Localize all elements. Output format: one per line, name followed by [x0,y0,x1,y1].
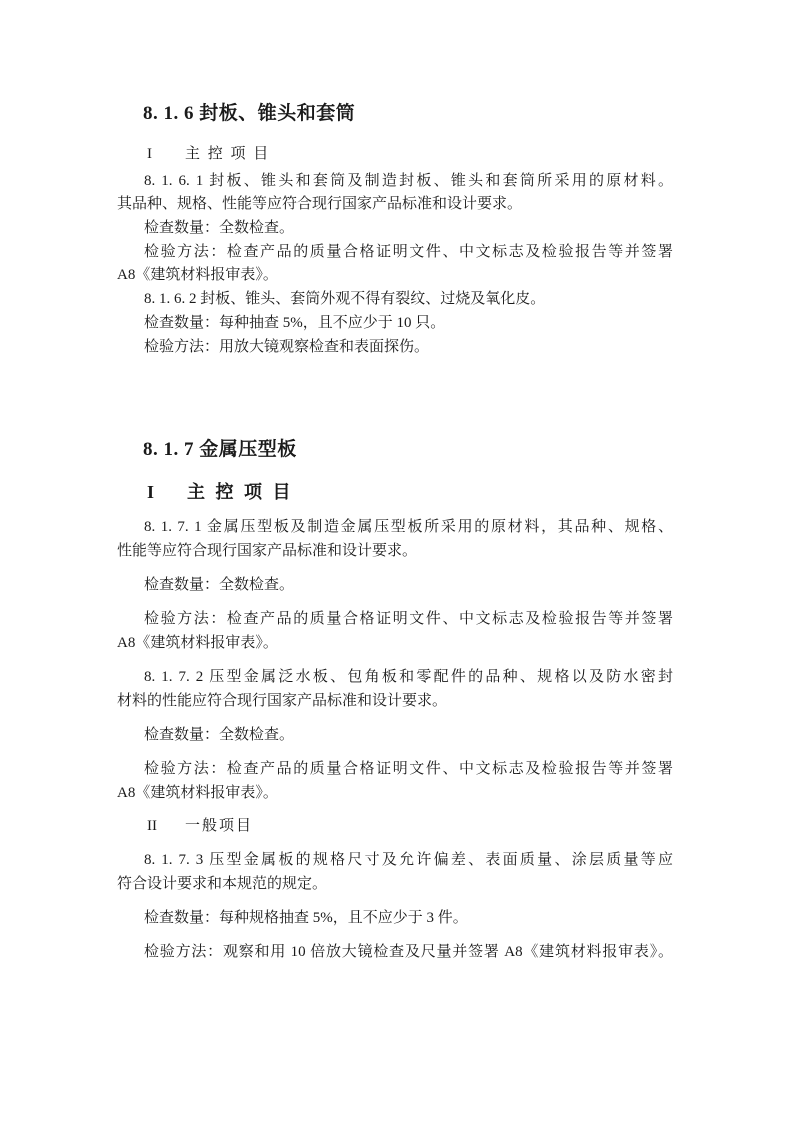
paragraph: 检查数量：全数检查。 [117,573,673,597]
category-numeral: I [147,479,159,505]
paragraph-line: 8. 1. 6. 2 封板、锥头、套筒外观不得有裂纹、过烧及氧化皮。 [117,288,673,311]
paragraph: 检查数量：全数检查。 [117,217,673,240]
paragraph: 检验方法：用放大镜观察检查和表面探伤。 [117,336,673,359]
category-title: 主 控 项 目 [185,146,270,162]
section: 8. 1. 6 封板、锥头和套筒I主 控 项 目8. 1. 6. 1 封板、锥头… [117,101,673,359]
category-numeral: I [147,143,159,166]
paragraph: 检查数量：每种抽查 5%，且不应少于 10 只。 [117,312,673,335]
paragraph-line: 检查数量：全数检查。 [117,723,673,747]
item-category-label: II一般项目 [117,815,673,838]
paragraph: 检查数量：全数检查。 [117,723,673,747]
paragraph-line: 8. 1. 6. 1 封板、锥头和套筒及制造封板、锥头和套筒所采用的原材料。 [117,170,673,193]
paragraph-line: 材料的性能应符合现行国家产品标准和设计要求。 [117,689,673,713]
section-heading: 8. 1. 6 封板、锥头和套筒 [143,101,673,127]
paragraph-line: 检验方法：检查产品的质量合格证明文件、中文标志及检验报告等并签署 [117,757,673,781]
document-content: 8. 1. 6 封板、锥头和套筒I主 控 项 目8. 1. 6. 1 封板、锥头… [117,0,673,974]
paragraph-line: 检验方法：检查产品的质量合格证明文件、中文标志及检验报告等并签署 [117,241,673,264]
paragraph-line: 8. 1. 7. 3 压型金属板的规格尺寸及允许偏差、表面质量、涂层质量等应 [117,848,673,872]
paragraph-line: 检验方法：检查产品的质量合格证明文件、中文标志及检验报告等并签署 [117,607,673,631]
section: 8. 1. 7 金属压型板I主 控 项 目8. 1. 7. 1 金属压型板及制造… [117,437,673,964]
paragraph: 检验方法：观察和用 10 倍放大镜检查及尺量并签署 A8《建筑材料报审表》。 [117,940,673,964]
item-category-label: I主 控 项 目 [117,479,673,505]
paragraph-line: 检查数量：全数检查。 [117,217,673,240]
paragraph-line: 检查数量：每种抽查 5%，且不应少于 10 只。 [117,312,673,335]
item-category-label: I主 控 项 目 [117,143,673,166]
paragraph-line: A8《建筑材料报审表》。 [117,631,673,655]
paragraph-line: 其品种、规格、性能等应符合现行国家产品标准和设计要求。 [117,193,673,216]
category-title: 一般项目 [185,818,253,834]
category-title: 主 控 项 目 [187,482,294,502]
paragraph: 检验方法：检查产品的质量合格证明文件、中文标志及检验报告等并签署A8《建筑材料报… [117,607,673,655]
paragraph: 8. 1. 6. 2 封板、锥头、套筒外观不得有裂纹、过烧及氧化皮。 [117,288,673,311]
paragraph-line: 性能等应符合现行国家产品标准和设计要求。 [117,539,673,563]
paragraph-line: A8《建筑材料报审表》。 [117,264,673,287]
paragraph: 8. 1. 7. 3 压型金属板的规格尺寸及允许偏差、表面质量、涂层质量等应符合… [117,848,673,896]
paragraph-line: 检查数量：全数检查。 [117,573,673,597]
paragraph: 8. 1. 7. 2 压型金属泛水板、包角板和零配件的品种、规格以及防水密封材料… [117,665,673,713]
category-numeral: II [147,815,159,838]
section-heading: 8. 1. 7 金属压型板 [143,437,673,463]
paragraph: 检验方法：检查产品的质量合格证明文件、中文标志及检验报告等并签署A8《建筑材料报… [117,757,673,805]
paragraph-line: A8《建筑材料报审表》。 [117,781,673,805]
paragraph: 检验方法：检查产品的质量合格证明文件、中文标志及检验报告等并签署A8《建筑材料报… [117,241,673,287]
paragraph-line: 符合设计要求和本规范的规定。 [117,872,673,896]
paragraph: 检查数量：每种规格抽查 5%，且不应少于 3 件。 [117,906,673,930]
paragraph-line: 8. 1. 7. 2 压型金属泛水板、包角板和零配件的品种、规格以及防水密封 [117,665,673,689]
paragraph-line: 检查数量：每种规格抽查 5%，且不应少于 3 件。 [117,906,673,930]
document-page: 8. 1. 6 封板、锥头和套筒I主 控 项 目8. 1. 6. 1 封板、锥头… [0,0,793,1122]
paragraph-line: 检验方法：观察和用 10 倍放大镜检查及尺量并签署 A8《建筑材料报审表》。 [117,940,673,964]
paragraph-line: 8. 1. 7. 1 金属压型板及制造金属压型板所采用的原材料，其品种、规格、 [117,515,673,539]
paragraph: 8. 1. 7. 1 金属压型板及制造金属压型板所采用的原材料，其品种、规格、性… [117,515,673,563]
paragraph-line: 检验方法：用放大镜观察检查和表面探伤。 [117,336,673,359]
paragraph: 8. 1. 6. 1 封板、锥头和套筒及制造封板、锥头和套筒所采用的原材料。其品… [117,170,673,216]
